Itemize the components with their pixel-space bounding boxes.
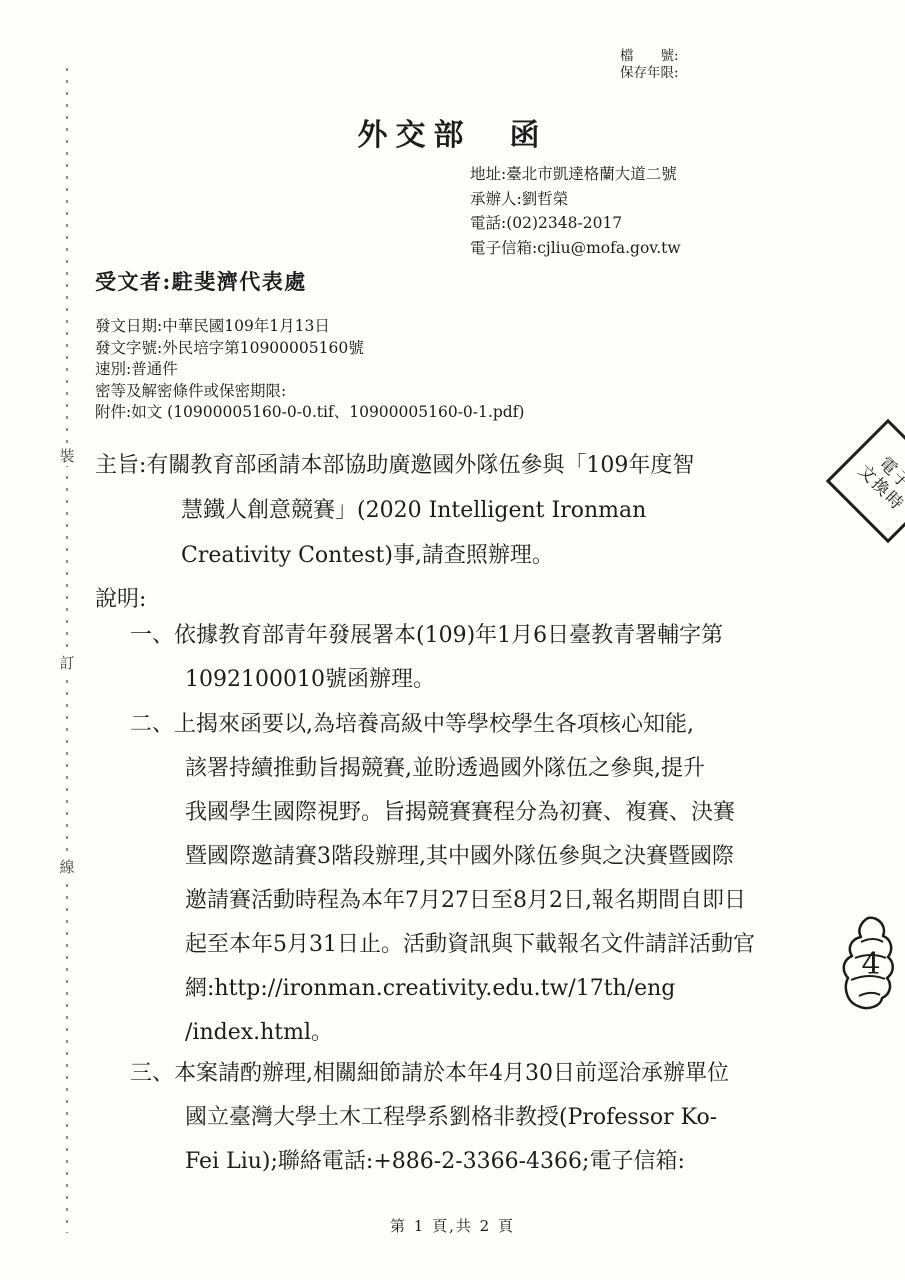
description-heading: 說明:: [95, 582, 146, 613]
sender-info-block: 地址:臺北市凱達格蘭大道二號 承辦人:劉哲榮 電話:(02)2348-2017 …: [470, 162, 681, 260]
sender-email: 電子信箱:cjliu@mofa.gov.tw: [470, 236, 681, 261]
page-number-footer: 第 1 頁,共 2 頁: [0, 1215, 905, 1236]
handwritten-mark: 4: [835, 912, 905, 1017]
binding-mark-zhuang: 裝: [56, 445, 78, 466]
binding-mark-ding: 訂: [56, 652, 78, 673]
file-number-block: 檔 號: 保存年限:: [620, 48, 679, 82]
document-title: 外交部 函: [0, 110, 905, 154]
description-item-2: 二、上揭來函要以,為培養高級中等學校學生各項核心知能, 該署持續推動旨揭競賽,並…: [130, 703, 830, 1055]
recipient-line: 受文者:駐斐濟代表處: [95, 266, 307, 296]
handwritten-number: 4: [861, 947, 880, 982]
document-page: 檔 號: 保存年限: 外交部 函 地址:臺北市凱達格蘭大道二號 承辦人:劉哲榮 …: [0, 0, 905, 1280]
document-meta-block: 發文日期:中華民國109年1月13日 發文字號:外民培字第10900005160…: [95, 316, 524, 424]
sender-address: 地址:臺北市凱達格蘭大道二號: [470, 162, 681, 187]
sender-phone: 電話:(02)2348-2017: [470, 211, 681, 236]
description-item-3: 三、本案請酌辦理,相關細節請於本年4月30日前逕洽承辦單位 國立臺灣大學土木工程…: [130, 1052, 830, 1184]
binding-dotted-line: [66, 68, 68, 1233]
sender-contact-person: 承辦人:劉哲榮: [470, 187, 681, 212]
electronic-exchange-stamp: 電子 文換時: [826, 419, 905, 543]
description-item-1: 一、依據教育部青年發展署本(109)年1月6日臺教青署輔字第 109210001…: [130, 614, 830, 702]
file-number-label: 檔 號:: [620, 48, 679, 65]
squiggle-icon: 4: [835, 912, 905, 1017]
binding-mark-xian: 線: [56, 856, 78, 877]
subject-paragraph: 主旨:有關教育部函請本部協助廣邀國外隊伍參與「109年度智 慧鐵人創意競賽」(2…: [95, 443, 821, 578]
retention-period-label: 保存年限:: [620, 65, 679, 82]
